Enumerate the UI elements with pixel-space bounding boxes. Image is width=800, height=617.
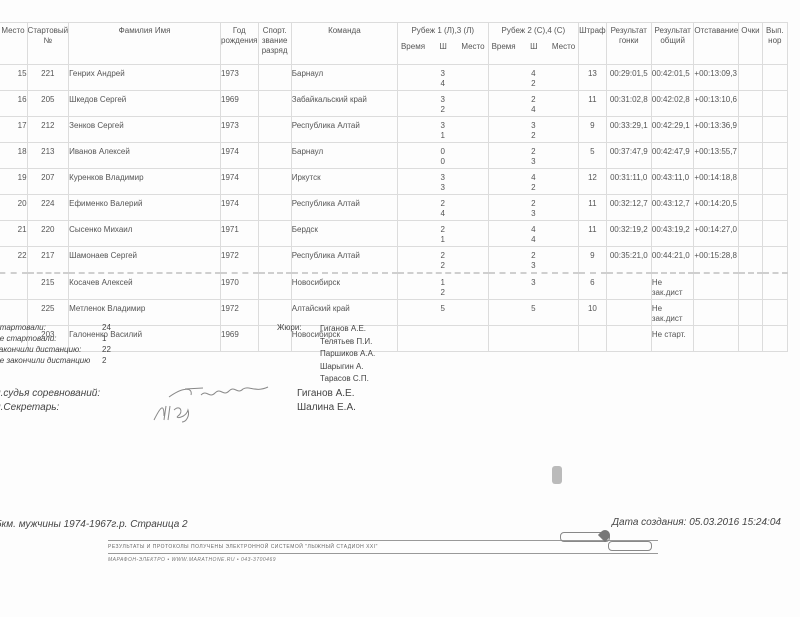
- split1-cell: [397, 326, 488, 352]
- place-cell: 18: [0, 143, 27, 169]
- points-cell: [739, 300, 763, 326]
- name-cell: Метленок Владимир: [69, 300, 221, 326]
- total-result-cell: 00:43:12,7: [651, 195, 694, 221]
- points-cell: [739, 91, 763, 117]
- split1-title: Рубеж 1 (Л),3 (Л): [398, 26, 488, 36]
- col-year: Год рождения: [221, 23, 259, 65]
- split2-cell: 42: [488, 65, 579, 91]
- col-split2: Рубеж 2 (С),4 (С) Время Ш Место: [488, 23, 579, 65]
- official-role-judge: Гл.судья соревнований:: [0, 388, 100, 399]
- rank-cell: [258, 117, 291, 143]
- results-table: Место Стартовый № Фамилия Имя Год рожден…: [0, 22, 788, 352]
- race-result-cell: 00:37:47,9: [606, 143, 651, 169]
- table-row: 215Косачев Алексей1970Новосибирск1236Не …: [0, 273, 788, 300]
- table-row: 18213Иванов Алексей1974Барнаул0023500:37…: [0, 143, 788, 169]
- table-row: 16205Шкедов Сергей1969Забайкальский край…: [0, 91, 788, 117]
- place-cell: 21: [0, 221, 27, 247]
- race-result-cell: [606, 300, 651, 326]
- norm-cell: [762, 169, 787, 195]
- table-row: 21220Сысенко Михаил1971Бердск21441100:32…: [0, 221, 788, 247]
- jury-member: Телятьев П.И.: [320, 336, 375, 349]
- jury-list: Гиганов А.Е.Телятьев П.И.Паршиков А.А.Ша…: [320, 323, 375, 386]
- norm-cell: [762, 117, 787, 143]
- creation-date: Дата создания: 05.03.2016 15:24:04: [612, 517, 781, 528]
- split1-cell: 33: [397, 169, 488, 195]
- jury-member: Тарасов С.П.: [320, 373, 375, 386]
- gap-cell: +00:13:10,6: [694, 91, 739, 117]
- penalty-cell: 6: [579, 273, 606, 300]
- race-result-cell: 00:29:01,5: [606, 65, 651, 91]
- split2-cell: [488, 326, 579, 352]
- jury-member: Гиганов А.Е.: [320, 323, 375, 336]
- norm-cell: [762, 91, 787, 117]
- split2-cell: 24: [488, 91, 579, 117]
- year-cell: 1969: [221, 91, 259, 117]
- split2-cell: 32: [488, 117, 579, 143]
- contact-line: МАРАФОН-ЭЛЕКТРО • WWW.MARATHONE.RU • 043…: [108, 557, 276, 563]
- col-norm: Вып. нор: [762, 23, 787, 65]
- points-cell: [739, 195, 763, 221]
- year-cell: 1969: [221, 326, 259, 352]
- table-row: 19207Куренков Владимир1974Иркутск3342120…: [0, 169, 788, 195]
- signature-secretary: [150, 398, 210, 428]
- race-result-cell: [606, 326, 651, 352]
- total-result-cell: 00:43:11,0: [651, 169, 694, 195]
- jury-member: Шарыгин А.: [320, 361, 375, 374]
- norm-cell: [762, 143, 787, 169]
- bib-cell: 207: [27, 169, 69, 195]
- norm-cell: [762, 65, 787, 91]
- col-place: Место: [0, 23, 27, 65]
- team-cell: Республика Алтай: [291, 195, 397, 221]
- stat-value: 2: [102, 356, 106, 365]
- points-cell: [739, 247, 763, 274]
- bib-cell: 215: [27, 273, 69, 300]
- year-cell: 1974: [221, 195, 259, 221]
- name-cell: Зенков Сергей: [69, 117, 221, 143]
- year-cell: 1973: [221, 65, 259, 91]
- col-team: Команда: [291, 23, 397, 65]
- gap-cell: +00:13:55,7: [694, 143, 739, 169]
- year-cell: 1972: [221, 247, 259, 274]
- name-cell: Сысенко Михаил: [69, 221, 221, 247]
- gap-cell: +00:13:09,3: [694, 65, 739, 91]
- total-result-cell: 00:42:47,9: [651, 143, 694, 169]
- split2-cell: 23: [488, 195, 579, 221]
- official-name-judge: Гиганов А.Е.: [297, 388, 355, 399]
- rank-cell: [258, 143, 291, 169]
- gap-cell: +00:13:36,9: [694, 117, 739, 143]
- banner-text: РЕЗУЛЬТАТЫ И ПРОТОКОЛЫ ПОЛУЧЕНЫ ЭЛЕКТРОН…: [108, 544, 378, 550]
- split1-time: Время: [401, 42, 425, 52]
- total-result-cell: 00:44:21,0: [651, 247, 694, 274]
- official-role-secretary: Гл.Секретарь:: [0, 402, 59, 413]
- split1-cell: 24: [397, 195, 488, 221]
- rank-cell: [258, 247, 291, 274]
- name-cell: Генрих Андрей: [69, 65, 221, 91]
- points-cell: [739, 143, 763, 169]
- year-cell: 1974: [221, 169, 259, 195]
- split2-title: Рубеж 2 (С),4 (С): [489, 26, 579, 36]
- col-race-result: Результат гонки: [606, 23, 651, 65]
- stats-block: Стартовали:24Не стартовали:1Закончили ди…: [0, 323, 114, 367]
- gap-cell: +00:14:20,5: [694, 195, 739, 221]
- place-cell: 16: [0, 91, 27, 117]
- table-row: 17212Зенков Сергей1973Республика Алтай31…: [0, 117, 788, 143]
- penalty-cell: 11: [579, 195, 606, 221]
- col-rank: Спорт. звание разряд: [258, 23, 291, 65]
- stat-value: 1: [102, 334, 106, 343]
- points-cell: [739, 273, 763, 300]
- split1-cell: 21: [397, 221, 488, 247]
- race-result-cell: 00:33:29,1: [606, 117, 651, 143]
- penalty-cell: 5: [579, 143, 606, 169]
- race-result-cell: 00:32:19,2: [606, 221, 651, 247]
- table-row: 225Метленок Владимир1972Алтайский край55…: [0, 300, 788, 326]
- team-cell: Иркутск: [291, 169, 397, 195]
- rank-cell: [258, 300, 291, 326]
- bib-cell: 212: [27, 117, 69, 143]
- rank-cell: [258, 91, 291, 117]
- split2-cell: 23: [488, 143, 579, 169]
- jury-member: Паршиков А.А.: [320, 348, 375, 361]
- bib-cell: 205: [27, 91, 69, 117]
- col-bib: Стартовый №: [27, 23, 69, 65]
- penalty-cell: 10: [579, 300, 606, 326]
- team-cell: Забайкальский край: [291, 91, 397, 117]
- stat-label: Закончили дистанцию:: [0, 345, 81, 354]
- stat-row: Не закончили дистанцию2: [0, 356, 114, 367]
- penalty-cell: 12: [579, 169, 606, 195]
- stat-value: 22: [102, 345, 111, 354]
- points-cell: [739, 169, 763, 195]
- bib-cell: 225: [27, 300, 69, 326]
- penalty-cell: 11: [579, 221, 606, 247]
- split2-time: Время: [492, 42, 516, 52]
- team-cell: Новосибирск: [291, 273, 397, 300]
- split2-cell: 3: [488, 273, 579, 300]
- race-result-cell: 00:32:12,7: [606, 195, 651, 221]
- total-result-cell: Не старт.: [651, 326, 694, 352]
- penalty-cell: 9: [579, 117, 606, 143]
- team-cell: Республика Алтай: [291, 247, 397, 274]
- jury-label: Жюри:: [277, 323, 302, 332]
- place-cell: 17: [0, 117, 27, 143]
- rank-cell: [258, 65, 291, 91]
- split2-place: Место: [552, 42, 575, 52]
- split1-sh: Ш: [440, 42, 447, 52]
- stat-label: Не закончили дистанцию: [0, 356, 90, 365]
- split1-cell: 31: [397, 117, 488, 143]
- place-cell: 22: [0, 247, 27, 274]
- name-cell: Шамонаев Сергей: [69, 247, 221, 274]
- name-cell: Косачев Алексей: [69, 273, 221, 300]
- table-row: 22217Шамонаев Сергей1972Республика Алтай…: [0, 247, 788, 274]
- stat-label: Стартовали:: [0, 323, 46, 332]
- split2-sh: Ш: [530, 42, 537, 52]
- race-result-cell: 00:31:02,8: [606, 91, 651, 117]
- col-name: Фамилия Имя: [69, 23, 221, 65]
- gap-cell: [694, 300, 739, 326]
- year-cell: 1974: [221, 143, 259, 169]
- points-cell: [739, 65, 763, 91]
- stat-label: Не стартовали:: [0, 334, 57, 343]
- split2-cell: 23: [488, 247, 579, 274]
- col-gap: Отставание: [694, 23, 739, 65]
- rank-cell: [258, 221, 291, 247]
- split1-cell: 32: [397, 91, 488, 117]
- stat-row: Не стартовали:1: [0, 334, 114, 345]
- split1-cell: 12: [397, 273, 488, 300]
- name-cell: Иванов Алексей: [69, 143, 221, 169]
- points-cell: [739, 117, 763, 143]
- norm-cell: [762, 221, 787, 247]
- split1-place: Место: [461, 42, 484, 52]
- rank-cell: [258, 273, 291, 300]
- split1-cell: 34: [397, 65, 488, 91]
- stat-row: Закончили дистанцию:22: [0, 345, 114, 356]
- official-name-secretary: Шалина Е.А.: [297, 402, 356, 413]
- penalty-cell: [579, 326, 606, 352]
- col-total-result: Результат общий: [651, 23, 694, 65]
- bib-cell: 224: [27, 195, 69, 221]
- col-split1: Рубеж 1 (Л),3 (Л) Время Ш Место: [397, 23, 488, 65]
- team-cell: Барнаул: [291, 65, 397, 91]
- penalty-cell: 9: [579, 247, 606, 274]
- total-result-cell: 00:42:01,5: [651, 65, 694, 91]
- stat-row: Стартовали:24: [0, 323, 114, 334]
- norm-cell: [762, 247, 787, 274]
- bib-cell: 221: [27, 65, 69, 91]
- bib-cell: 213: [27, 143, 69, 169]
- name-cell: Ефименко Валерий: [69, 195, 221, 221]
- norm-cell: [762, 326, 787, 352]
- place-cell: [0, 273, 27, 300]
- stat-value: 24: [102, 323, 111, 332]
- col-penalty: Штраф: [579, 23, 606, 65]
- race-result-cell: 00:35:21,0: [606, 247, 651, 274]
- split1-cell: 22: [397, 247, 488, 274]
- norm-cell: [762, 300, 787, 326]
- penalty-cell: 11: [579, 91, 606, 117]
- name-cell: Шкедов Сергей: [69, 91, 221, 117]
- team-cell: Алтайский край: [291, 300, 397, 326]
- table-row: 20224Ефименко Валерий1974Республика Алта…: [0, 195, 788, 221]
- year-cell: 1973: [221, 117, 259, 143]
- race-title: 5км. мужчины 1974-1967г.р. Страница 2: [0, 519, 188, 530]
- place-cell: 20: [0, 195, 27, 221]
- gap-cell: +00:15:28,8: [694, 247, 739, 274]
- gap-cell: +00:14:18,8: [694, 169, 739, 195]
- points-cell: [739, 221, 763, 247]
- points-cell: [739, 326, 763, 352]
- total-result-cell: 00:42:29,1: [651, 117, 694, 143]
- split1-cell: 5: [397, 300, 488, 326]
- gap-cell: [694, 326, 739, 352]
- rank-cell: [258, 195, 291, 221]
- place-cell: 15: [0, 65, 27, 91]
- rank-cell: [258, 169, 291, 195]
- total-result-cell: 00:42:02,8: [651, 91, 694, 117]
- place-cell: 19: [0, 169, 27, 195]
- table-row: 15221Генрих Андрей1973Барнаул34421300:29…: [0, 65, 788, 91]
- place-cell: [0, 300, 27, 326]
- total-result-cell: Не зак.дист: [651, 300, 694, 326]
- bib-cell: 220: [27, 221, 69, 247]
- total-result-cell: Не зак.дист: [651, 273, 694, 300]
- year-cell: 1971: [221, 221, 259, 247]
- team-cell: Бердск: [291, 221, 397, 247]
- table-row: 203Галоненко Василий1969НовосибирскНе ст…: [0, 326, 788, 352]
- total-result-cell: 00:43:19,2: [651, 221, 694, 247]
- gap-cell: +00:14:27,0: [694, 221, 739, 247]
- norm-cell: [762, 273, 787, 300]
- penalty-cell: 13: [579, 65, 606, 91]
- year-cell: 1970: [221, 273, 259, 300]
- race-result-cell: 00:31:11,0: [606, 169, 651, 195]
- year-cell: 1972: [221, 300, 259, 326]
- marathon-logo: [556, 532, 656, 550]
- scan-mark: [552, 466, 562, 484]
- gap-cell: [694, 273, 739, 300]
- norm-cell: [762, 195, 787, 221]
- split2-cell: 44: [488, 221, 579, 247]
- team-cell: Республика Алтай: [291, 117, 397, 143]
- col-points: Очки: [739, 23, 763, 65]
- race-result-cell: [606, 273, 651, 300]
- split2-cell: 42: [488, 169, 579, 195]
- team-cell: Барнаул: [291, 143, 397, 169]
- name-cell: Куренков Владимир: [69, 169, 221, 195]
- bib-cell: 217: [27, 247, 69, 274]
- split2-cell: 5: [488, 300, 579, 326]
- split1-cell: 00: [397, 143, 488, 169]
